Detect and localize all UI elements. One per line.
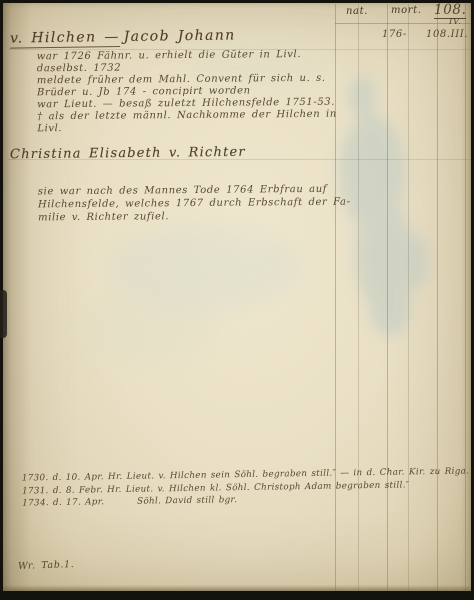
burial-records: 1730. d. 10. Apr. Hr. Lieut. v. Hilchen … (22, 465, 470, 510)
page-bottom-edge (3, 585, 471, 591)
page-number-roman: IV. (449, 17, 462, 27)
entry-given-names: Jacob Johann (124, 27, 236, 45)
column-header-nat: nat. (346, 6, 368, 17)
spouse-heading: Christina Elisabeth v. Richter (10, 145, 246, 162)
cross-reference: 108.III. (426, 29, 468, 40)
footnote-table-reference: Wr. Tab.1. (18, 559, 75, 572)
entry-family-name: v. Hilchen — (10, 29, 120, 49)
manuscript-line: milie v. Richter zufiel. (38, 209, 351, 225)
spouse-paragraph: sie war nach des Mannes Tode 1764 Erbfra… (38, 183, 351, 225)
scanned-ledger-page: nat. mort. 108. IV. 176- 108.III. v. Hil… (0, 0, 474, 600)
manuscript-line: Hilchensfelde, welches 1767 durch Erbsch… (38, 196, 351, 212)
entry-number: 176- (382, 29, 407, 40)
entry-heading: v. Hilchen —Jacob Johann (10, 27, 236, 46)
binding-notch (0, 290, 7, 338)
biography-paragraph: war 1726 Fähnr. u. erhielt die Güter in … (37, 49, 337, 136)
column-header-mort: mort. (391, 5, 421, 16)
